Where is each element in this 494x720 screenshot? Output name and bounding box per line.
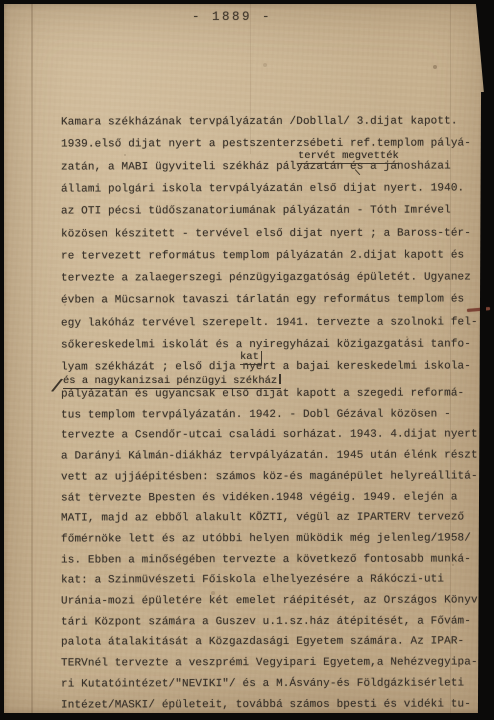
text-line: a Darányi Kálmán-diákház tervpályázatán.… — [61, 450, 478, 463]
text-line: lyam székházát ; első dija nyert a bajai… — [61, 361, 471, 374]
text-line: 1939.első dijat nyert a pestszenterzsébe… — [61, 138, 471, 151]
text-line: ri Kutatóintézet/"NEVIKI"/ és a M.Ásvány… — [61, 677, 464, 690]
text-line: tervezte a Csendőr-utcai családi sorháza… — [61, 429, 478, 442]
text-line: állami polgári iskola tervpályázatán els… — [61, 182, 464, 195]
text-line: közösen készitett - tervével első dijat … — [61, 227, 471, 240]
text-line: Kamara székházának tervpályázatán /Dobll… — [61, 115, 458, 128]
text-line: pályázatán és ugyancsak első dijat kapot… — [61, 387, 464, 400]
text-line: főmérnöke lett és az utóbbi helyen müköd… — [61, 532, 471, 545]
insertion-kat: kat — [240, 351, 262, 365]
text-line: sát tervezte Bpesten és vidéken.1948 vég… — [61, 491, 458, 504]
text-line: Intézet/MASKI/ épületeit, továbbá számos… — [61, 698, 471, 711]
insertion-tervet-megvettek: tervét megvették — [298, 150, 399, 164]
text-line: tári Központ számára a Guszev u.1.sz.ház… — [61, 615, 471, 628]
document-page: - 1889 - Kamara székházának tervpályázat… — [4, 4, 484, 713]
text-line: évben a Mücsarnok tavaszi tárlatán egy r… — [61, 294, 464, 307]
text-line: tervezte a zalaegerszegi pénzügyigazgató… — [61, 272, 471, 285]
text-line: MATI, majd az ebből alakult KÖZTI, végül… — [61, 512, 464, 525]
text-line: re tervezett református templom pályázat… — [61, 249, 464, 262]
text-line: kat: a Szinmüvészeti Főiskola elhelyezés… — [61, 574, 444, 587]
text-line: vett az ujjáépitésben: számos köz-és mag… — [61, 470, 478, 483]
text-line: tus templom tervpályázatán. 1942. - Dobl… — [61, 408, 451, 421]
photo-background: - 1889 - Kamara székházának tervpályázat… — [0, 0, 494, 720]
text-line: is. Ebben a minőségében tervezte a követ… — [61, 553, 471, 566]
text-line: sőkereskedelmi iskolát és a nyiregyházai… — [61, 338, 471, 351]
insertion-nagykanizsai-line: és a nagykanizsai pénzügyi székház — [63, 374, 281, 389]
text-line: TERVnél tervezte a veszprémi Vegyipari E… — [61, 657, 478, 670]
text-line: az OTI pécsi tüdőszanatoriumának pályáza… — [61, 205, 451, 218]
text-line: Uránia-mozi épületére két emelet ráépité… — [61, 594, 484, 607]
text-line: palota átalakitását a Közgazdasági Egyet… — [61, 636, 464, 649]
text-line: egy lakóház tervével szerepelt. 1941. te… — [61, 316, 478, 329]
